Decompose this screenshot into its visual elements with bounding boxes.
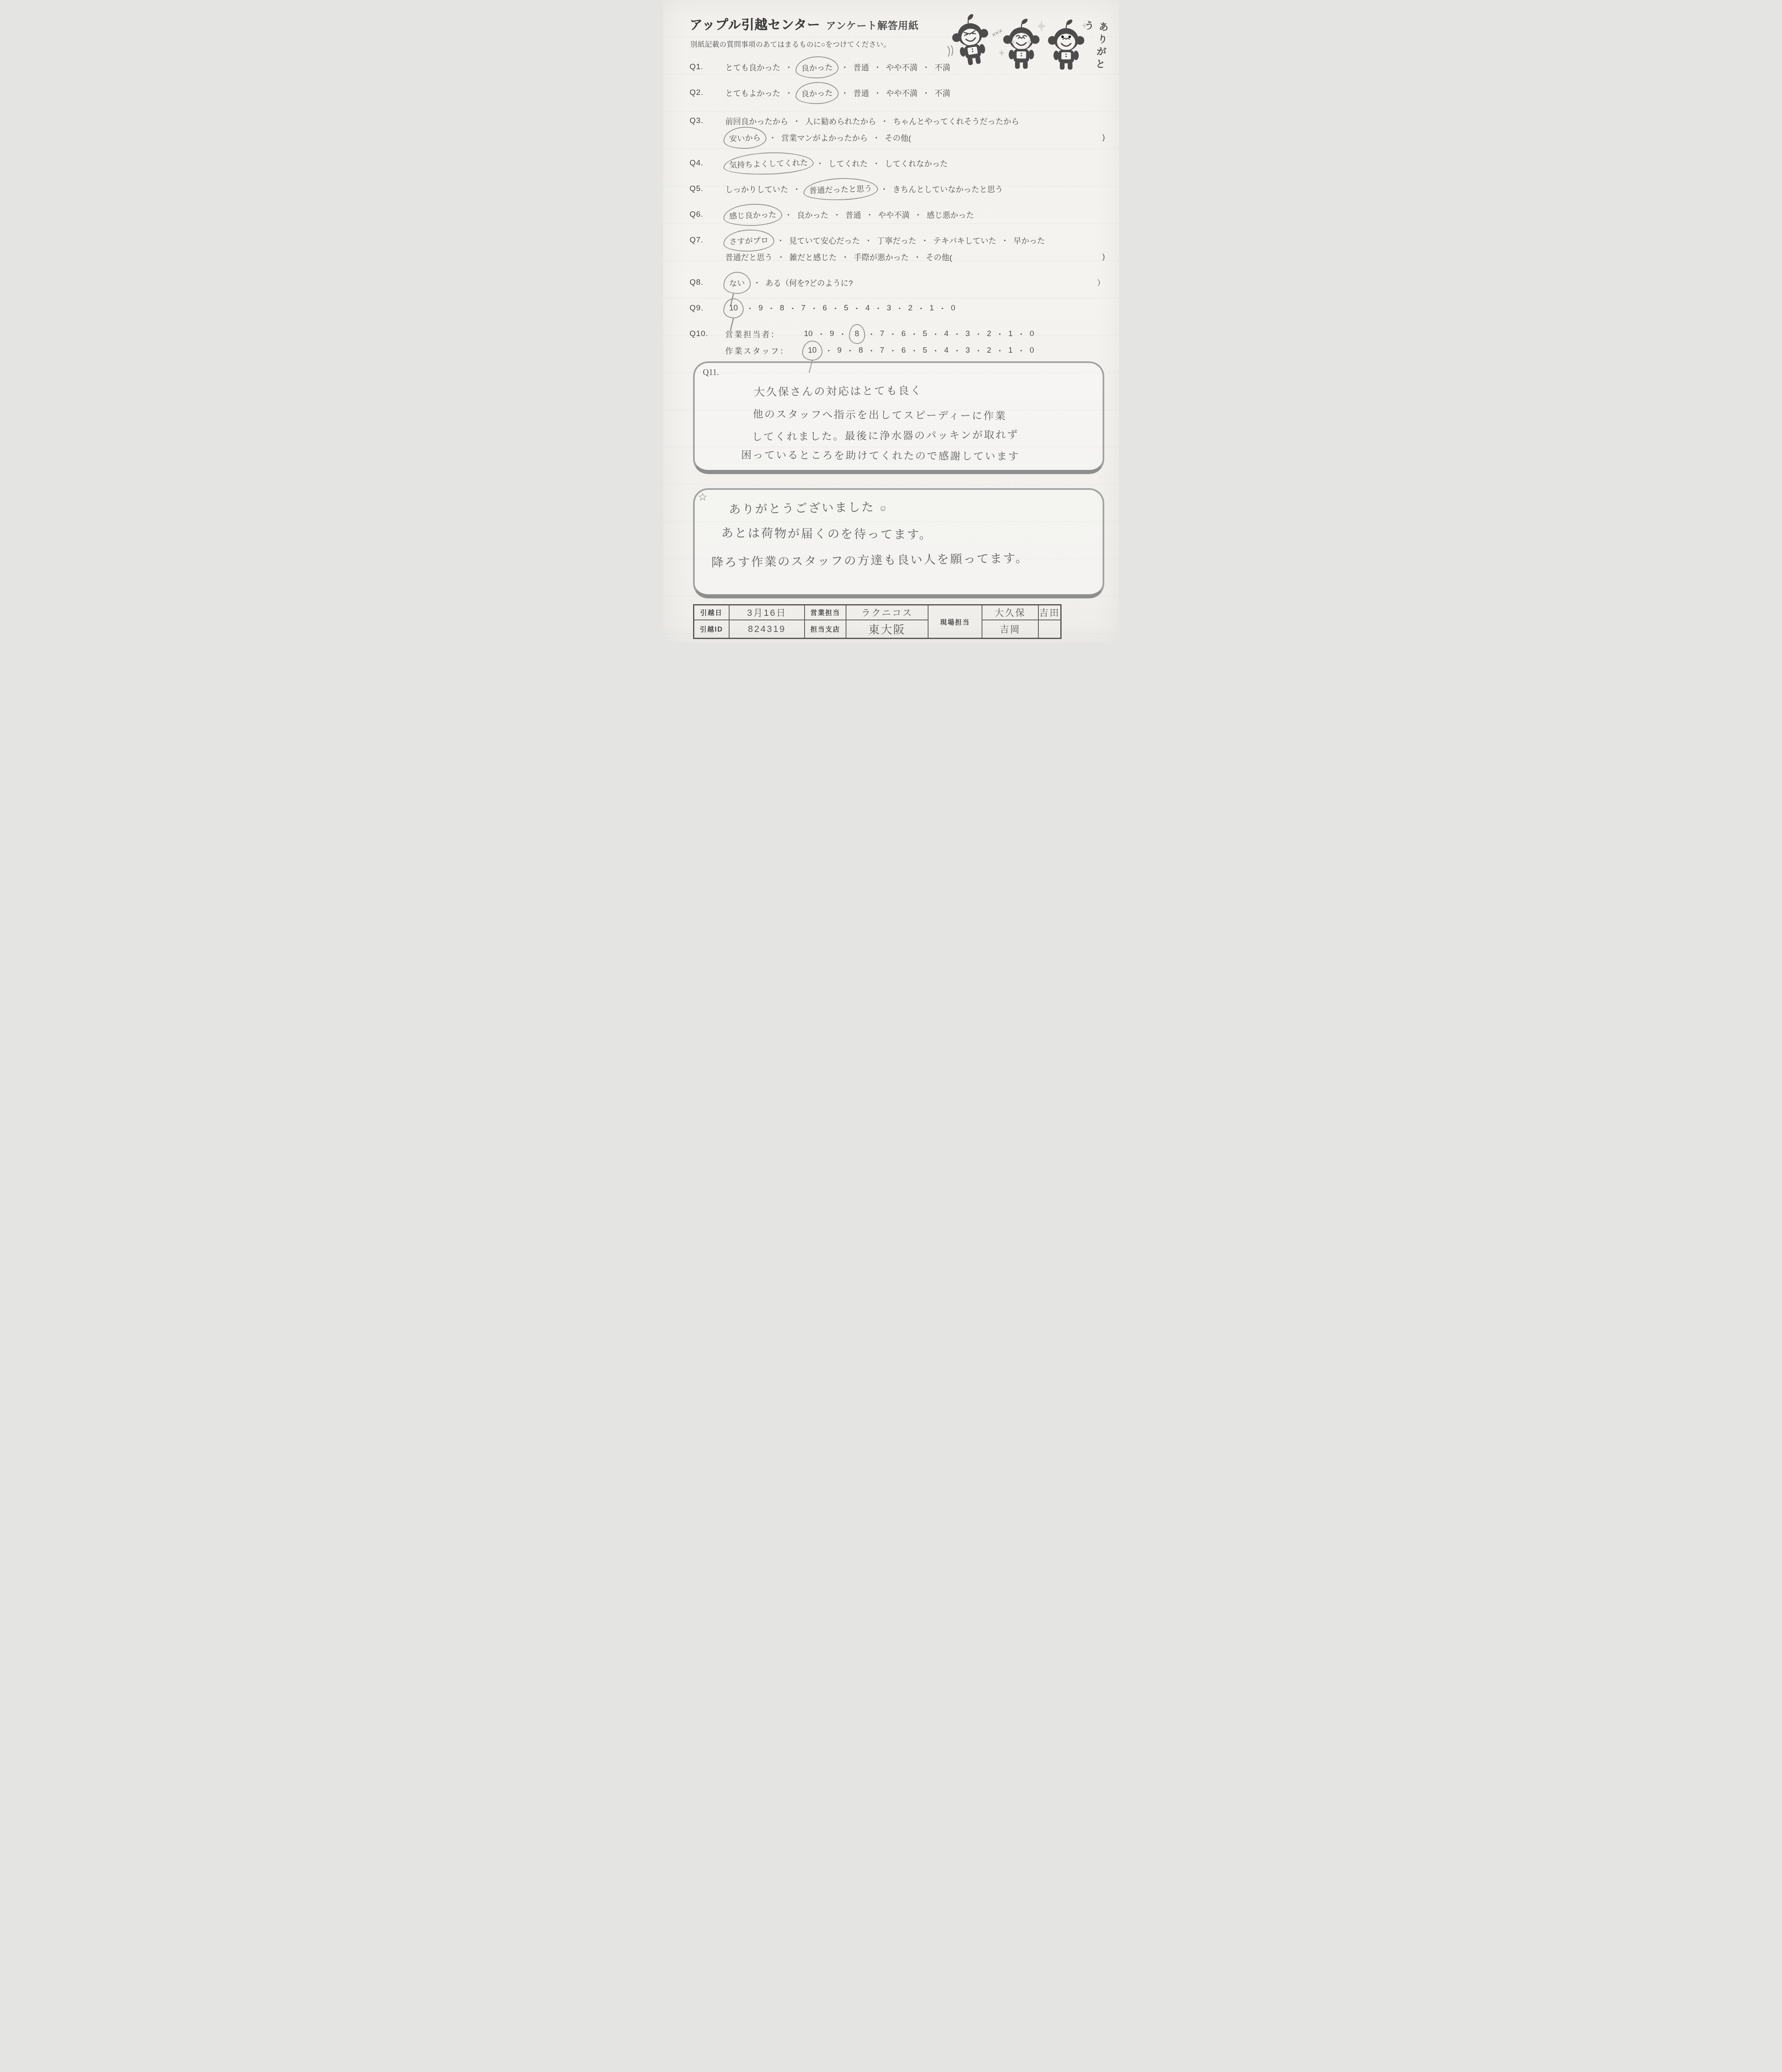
option: しっかりしていた xyxy=(725,184,788,195)
score-target-label: 営業担当者： xyxy=(725,329,804,340)
option-separator: ・ xyxy=(938,303,946,314)
option-separator: ・ xyxy=(753,277,761,288)
option: 1 xyxy=(929,304,934,313)
option: 5 xyxy=(923,346,927,355)
question-list: Q1.とても良かった・良かった・普通・やや不満・不満Q2.とてもよかった・良かっ… xyxy=(690,59,1105,368)
question-q4: Q4.気持ちよくしてくれた・してくれた・してくれなかった xyxy=(690,155,1105,172)
option-separator: ・ xyxy=(846,345,854,356)
label-move-id: 引越ID xyxy=(693,620,729,639)
option: してくれなかった xyxy=(885,158,948,169)
option: ） xyxy=(1097,277,1105,288)
option: ) xyxy=(1102,133,1105,142)
option-separator: ・ xyxy=(785,87,793,99)
option-separator: ・ xyxy=(789,303,797,314)
option: 8 xyxy=(780,304,784,313)
option-separator: ・ xyxy=(817,329,825,340)
option-separator: ・ xyxy=(932,345,940,356)
option-separator: ・ xyxy=(922,87,930,99)
option-separator: ・ xyxy=(921,235,929,246)
option: 不満 xyxy=(935,62,950,73)
option: テキパキしていた xyxy=(933,235,996,246)
selected-option-circled: 10 xyxy=(723,298,744,319)
option: 2 xyxy=(908,304,913,313)
question-number: Q9. xyxy=(690,300,725,317)
handwritten-comment-line: してくれました。最後に浄水器のパッキンが取れず xyxy=(752,426,1018,444)
option-separator: ・ xyxy=(785,209,793,220)
option: その他( xyxy=(926,252,952,263)
selected-option-circled: 感じ良かった xyxy=(723,203,783,227)
thanks-comment-box: ☆ ありがとうございました☺ あとは荷物が届くのを待ってます。 降ろす作業のスタ… xyxy=(693,488,1104,598)
option: 7 xyxy=(880,329,885,339)
handwritten-comment-line: 他のスタッフへ指示を出してスピーディーに作業 xyxy=(752,406,1006,423)
question-number: Q6. xyxy=(690,206,725,223)
selected-option-circled: 10 xyxy=(802,340,823,361)
option: 2 xyxy=(987,346,992,355)
option: 6 xyxy=(901,329,906,339)
option-separator: ・ xyxy=(914,252,921,263)
option: 6 xyxy=(822,304,827,313)
handwritten-thanks-line: ありがとうございました☺ xyxy=(728,498,887,518)
option: 0 xyxy=(1030,329,1034,339)
option: 3 xyxy=(887,304,891,313)
label-site-staff: 現場担当 xyxy=(928,605,982,639)
option: 4 xyxy=(944,329,949,339)
option: やや不満 xyxy=(886,62,918,73)
question-q10: Q10.営業担当者：10・9・8・7・6・5・4・3・2・1・0作業スタッフ：1… xyxy=(690,326,1105,359)
table-row: 引越ID 824319 担当支店 東大阪 吉岡 xyxy=(693,620,1061,639)
option-separator: ・ xyxy=(777,235,785,246)
option: とても良かった xyxy=(725,62,781,73)
value-site-staff-4 xyxy=(1038,620,1061,639)
selected-option-circled: 普通だったと思う xyxy=(803,177,878,201)
option-separator: ・ xyxy=(825,345,833,356)
q11-comment-box: Q11. 大久保さんの対応はとても良く 他のスタッフへ指示を出してスピーディーに… xyxy=(693,361,1104,474)
selected-option-circled: 安いから xyxy=(723,126,767,150)
question-q6: Q6.感じ良かった・良かった・普通・やや不満・感じ悪かった xyxy=(690,206,1105,223)
value-move-date: 3月16日 xyxy=(729,605,805,620)
label-sales-rep: 営業担当 xyxy=(805,605,846,620)
option-separator: ・ xyxy=(880,184,888,195)
option: 3 xyxy=(965,346,970,355)
option-separator: ・ xyxy=(922,62,930,73)
option: 4 xyxy=(944,346,949,355)
option: 4 xyxy=(866,304,870,313)
handwritten-comment-line: 困っているところを助けてくれたので感謝しています xyxy=(741,447,1019,463)
option-separator: ・ xyxy=(953,329,961,340)
option-separator: ・ xyxy=(996,329,1004,340)
brand-logo-text: アップル引越センター xyxy=(690,17,820,32)
option-separator: ・ xyxy=(881,116,889,127)
value-site-staff-1: 大久保 xyxy=(982,605,1038,620)
label-move-date: 引越日 xyxy=(693,605,729,620)
option: やや不満 xyxy=(886,87,918,99)
selected-option-circled: 気持ちよくしてくれた xyxy=(723,151,814,176)
selected-option-circled: 8 xyxy=(849,324,865,344)
option-separator: ・ xyxy=(917,303,925,314)
option-separator: ・ xyxy=(769,132,777,143)
page-title: アンケート解答用紙 xyxy=(826,20,919,31)
option: 7 xyxy=(880,346,885,355)
instruction-text: 別紙記載の質問事項のあてはまるものに○をつけてください。 xyxy=(691,39,945,49)
option-separator: ・ xyxy=(833,209,841,220)
option: 丁寧だった xyxy=(877,235,916,246)
option-separator: ・ xyxy=(910,345,918,356)
question-q1: Q1.とても良かった・良かった・普通・やや不満・不満 xyxy=(690,59,1105,75)
score-target-label: 作業スタッフ： xyxy=(725,345,804,356)
option: ある（何を?どのように? xyxy=(766,277,853,288)
option: 7 xyxy=(801,304,806,313)
option: とてもよかった xyxy=(725,87,781,99)
option: その他( xyxy=(885,132,911,143)
option-separator: ・ xyxy=(914,209,922,220)
question-number: Q10. xyxy=(690,326,725,342)
option-separator: ・ xyxy=(975,329,982,340)
option: ちゃんとやってくれそうだったから xyxy=(893,116,1019,127)
selected-option-circled: ない xyxy=(723,271,751,294)
option: 見ていて安心だった xyxy=(789,235,860,246)
question-number: Q11. xyxy=(703,368,719,378)
option-separator: ・ xyxy=(841,252,849,263)
question-number: Q3. xyxy=(690,113,725,129)
selected-option-circled: 良かった xyxy=(795,56,839,79)
option: 前回良かったから xyxy=(725,116,788,127)
option-separator: ・ xyxy=(793,184,801,195)
option: きちんとしていなかったと思う xyxy=(893,184,1003,195)
option-separator: ・ xyxy=(873,158,880,169)
question-number: Q7. xyxy=(690,232,725,249)
option-separator: ・ xyxy=(746,303,754,314)
value-site-staff-3: 吉岡 xyxy=(982,620,1038,639)
option-separator: ・ xyxy=(1017,329,1025,340)
option-separator: ・ xyxy=(839,329,846,340)
option-separator: ・ xyxy=(853,303,861,314)
option-separator: ・ xyxy=(841,62,849,73)
option-separator: ・ xyxy=(1017,345,1025,356)
option: 8 xyxy=(858,346,863,355)
option: してくれた xyxy=(829,158,868,169)
option-separator: ・ xyxy=(865,235,873,246)
value-branch: 東大阪 xyxy=(846,620,928,639)
option: 10 xyxy=(804,329,813,339)
option: 6 xyxy=(901,346,906,355)
option: 普通 xyxy=(853,62,869,73)
option-separator: ・ xyxy=(874,303,882,314)
label-branch: 担当支店 xyxy=(805,620,846,639)
question-number: Q5. xyxy=(690,181,725,197)
question-q8: Q8.ない・ある（何を?どのように?） xyxy=(690,274,1105,291)
option-separator: ・ xyxy=(832,303,839,314)
option-separator: ・ xyxy=(896,303,904,314)
option: 3 xyxy=(965,329,970,339)
question-q7: Q7.さすがプロ・見ていて安心だった・丁寧だった・テキパキしていた・早かった普通… xyxy=(690,232,1105,265)
option-separator: ・ xyxy=(996,345,1004,356)
option-separator: ・ xyxy=(841,87,849,99)
option: 1 xyxy=(1008,346,1013,355)
option-separator: ・ xyxy=(975,345,982,356)
option: 9 xyxy=(759,304,763,313)
value-site-staff-2: 吉田 xyxy=(1038,605,1061,620)
option: 2 xyxy=(987,329,992,339)
header: アップル引越センターアンケート解答用紙 別紙記載の質問事項のあてはまるものに○を… xyxy=(690,14,945,49)
option: 0 xyxy=(951,304,955,313)
option-separator: ・ xyxy=(1001,235,1009,246)
table-row: 引越日 3月16日 営業担当 ラクニコス 現場担当 大久保 吉田 xyxy=(693,605,1061,620)
option: 不満 xyxy=(935,87,950,99)
option: 9 xyxy=(830,329,834,339)
option: 9 xyxy=(837,346,842,355)
option: 5 xyxy=(844,304,849,313)
option-separator: ・ xyxy=(868,329,875,340)
option: 普通 xyxy=(853,87,869,99)
option-separator: ・ xyxy=(785,62,793,73)
question-q2: Q2.とてもよかった・良かった・普通・やや不満・不満 xyxy=(690,85,1105,101)
option: やや不満 xyxy=(878,209,910,220)
question-q3: Q3.前回良かったから・人に勧められたから・ちゃんとやってくれそうだったから安い… xyxy=(690,113,1105,146)
question-number: Q2. xyxy=(690,85,725,101)
option-separator: ・ xyxy=(868,345,875,356)
option-separator: ・ xyxy=(874,87,882,99)
move-info-table: 引越日 3月16日 営業担当 ラクニコス 現場担当 大久保 吉田 引越ID 82… xyxy=(693,604,1062,639)
option-separator: ・ xyxy=(889,345,897,356)
handwritten-comment-line: 大久保さんの対応はとても良く xyxy=(754,382,922,399)
option: 5 xyxy=(923,329,927,339)
option: 0 xyxy=(1030,346,1034,355)
option: ) xyxy=(1102,252,1105,261)
option: 手際が悪かった xyxy=(854,252,909,263)
value-move-id: 824319 xyxy=(729,620,805,639)
option-separator: ・ xyxy=(889,329,897,340)
star-mark: ☆ xyxy=(698,491,708,503)
question-number: Q1. xyxy=(690,59,725,75)
option-separator: ・ xyxy=(874,62,882,73)
question-number: Q4. xyxy=(690,155,725,172)
option-separator: ・ xyxy=(873,132,880,143)
option-separator: ・ xyxy=(810,303,818,314)
option-separator: ・ xyxy=(866,209,874,220)
selected-option-circled: 良かった xyxy=(795,81,839,105)
option-separator: ・ xyxy=(767,303,775,314)
option-separator: ・ xyxy=(910,329,918,340)
option: 1 xyxy=(1008,329,1013,339)
value-sales-rep: ラクニコス xyxy=(846,605,928,620)
question-q5: Q5.しっかりしていた・普通だったと思う・きちんとしていなかったと思う xyxy=(690,181,1105,197)
option: 雑だと感じた xyxy=(790,252,837,263)
option: 普通だと思う xyxy=(725,252,773,263)
survey-sheet: アップル引越センターアンケート解答用紙 別紙記載の質問事項のあてはまるものに○を… xyxy=(663,0,1119,643)
option: 人に勧められたから xyxy=(805,116,876,127)
option: 早かった xyxy=(1013,235,1045,246)
option-separator: ・ xyxy=(953,345,961,356)
option: 良かった xyxy=(797,209,829,220)
option-separator: ・ xyxy=(793,116,801,127)
question-q9: Q9.10・9・8・7・6・5・4・3・2・1・0 xyxy=(690,300,1105,317)
option-separator: ・ xyxy=(932,329,940,340)
handwritten-thanks-line: 降ろす作業のスタッフの方達も良い人を願ってます。 xyxy=(711,549,1028,571)
option-separator: ・ xyxy=(816,158,824,169)
option: 感じ悪かった xyxy=(927,209,974,220)
smiley-doodle-icon: ☺ xyxy=(878,504,887,513)
option: 営業マンがよかったから xyxy=(781,132,868,143)
handwritten-thanks-line: あとは荷物が届くのを待ってます。 xyxy=(721,524,932,542)
handwritten-text: ありがとうございました xyxy=(728,501,875,516)
motion-lines-icon xyxy=(946,46,953,58)
question-number: Q8. xyxy=(690,274,725,291)
option: 普通 xyxy=(846,209,861,220)
excitement-marks-icon: ××× xyxy=(990,27,1004,39)
option-separator: ・ xyxy=(777,252,785,263)
